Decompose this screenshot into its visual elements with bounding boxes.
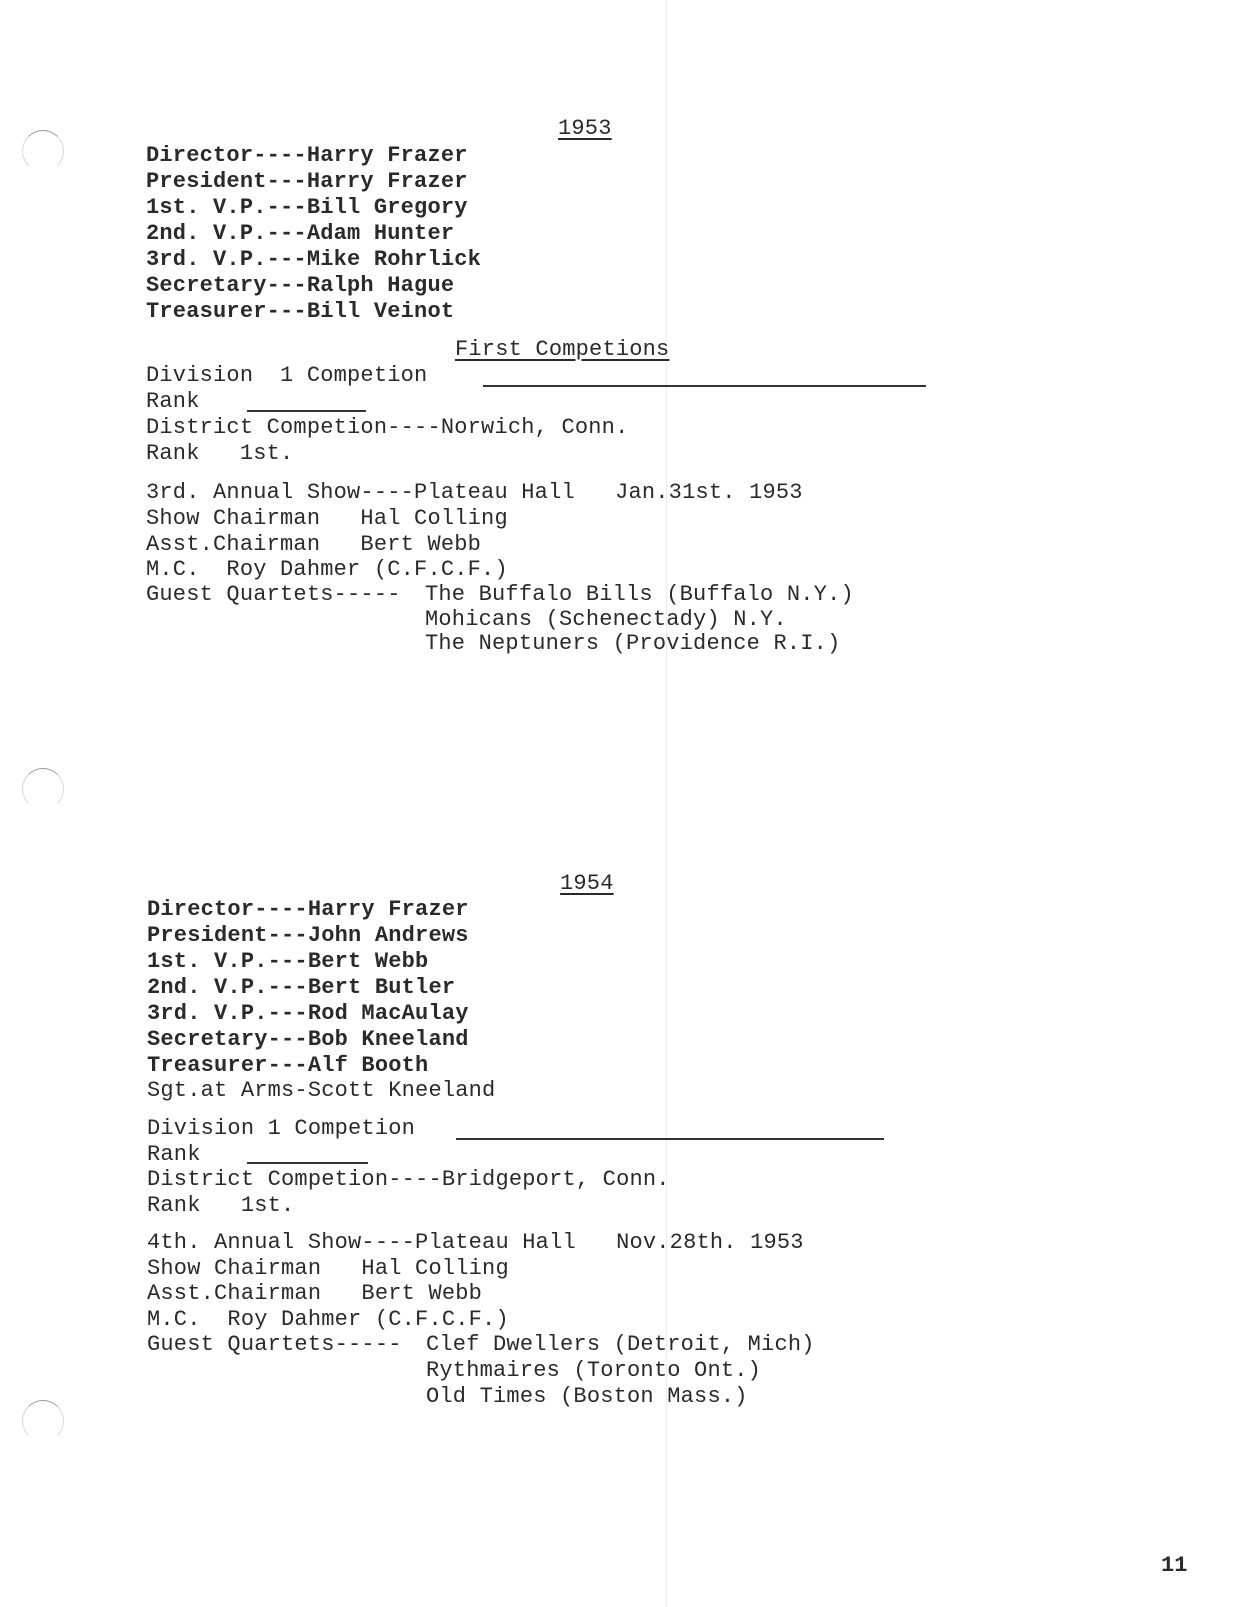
officer-line: Treasurer---Alf Booth [147, 1053, 428, 1079]
guest-quartet: The Buffalo Bills (Buffalo N.Y.) [425, 582, 854, 608]
page-number: 11 [1161, 1553, 1187, 1578]
officer-line: Secretary---Ralph Hague [146, 273, 454, 299]
district-competition: District Competion----Bridgeport, Conn. [147, 1167, 670, 1193]
division-blank-line [483, 385, 926, 387]
guest-quartets-label: Guest Quartets----- [147, 1332, 402, 1358]
asst-chairman: Asst.Chairman Bert Webb [146, 532, 481, 558]
show-chairman: Show Chairman Hal Colling [146, 506, 508, 532]
show-chairman: Show Chairman Hal Colling [147, 1256, 509, 1282]
year-heading: 1954 [560, 871, 614, 897]
hole-punch-icon [22, 130, 64, 172]
asst-chairman: Asst.Chairman Bert Webb [147, 1281, 482, 1307]
officer-line: 3rd. V.P.---Rod MacAulay [147, 1001, 469, 1027]
year-heading: 1953 [558, 116, 612, 142]
officer-line: 3rd. V.P.---Mike Rohrlick [146, 247, 481, 273]
officer-line: Director----Harry Frazer [146, 143, 468, 169]
annual-show: 4th. Annual Show----Plateau Hall Nov.28t… [147, 1230, 804, 1256]
hole-punch-icon [22, 768, 64, 810]
district-rank: Rank 1st. [147, 1193, 294, 1219]
mc: M.C. Roy Dahmer (C.F.C.F.) [147, 1307, 509, 1333]
officer-line: Secretary---Bob Kneeland [147, 1027, 469, 1053]
officer-line: Director----Harry Frazer [147, 897, 469, 923]
hole-punch-icon [22, 1400, 64, 1442]
rank-blank-line [247, 410, 366, 412]
officer-line: 1st. V.P.---Bill Gregory [146, 195, 468, 221]
officer-line: President---John Andrews [147, 923, 469, 949]
officer-line: 1st. V.P.---Bert Webb [147, 949, 428, 975]
officer-line: 2nd. V.P.---Adam Hunter [146, 221, 454, 247]
district-rank: Rank 1st. [146, 441, 293, 467]
mc: M.C. Roy Dahmer (C.F.C.F.) [146, 557, 508, 583]
guest-quartet: Rythmaires (Toronto Ont.) [426, 1358, 761, 1384]
guest-quartet: Clef Dwellers (Detroit, Mich) [426, 1332, 815, 1358]
rank-label: Rank [147, 1142, 201, 1168]
division-competition: Division 1 Competion [147, 1116, 415, 1142]
officer-line: Sgt.at Arms-Scott Kneeland [147, 1078, 495, 1104]
rank-blank-line [247, 1162, 368, 1164]
officer-line: Treasurer---Bill Veinot [146, 299, 454, 325]
rank-label: Rank [146, 389, 200, 415]
officer-line: 2nd. V.P.---Bert Butler [147, 975, 455, 1001]
division-blank-line [456, 1138, 884, 1140]
division-competition: Division 1 Competion [146, 363, 427, 389]
guest-quartets-label: Guest Quartets----- [146, 582, 401, 608]
annual-show: 3rd. Annual Show----Plateau Hall Jan.31s… [146, 480, 803, 506]
district-competition: District Competion----Norwich, Conn. [146, 415, 628, 441]
subheading: First Competions [455, 337, 669, 363]
guest-quartet: Old Times (Boston Mass.) [426, 1384, 748, 1410]
guest-quartet: Mohicans (Schenectady) N.Y. [425, 607, 787, 633]
officer-line: President---Harry Frazer [146, 169, 468, 195]
guest-quartet: The Neptuners (Providence R.I.) [425, 631, 840, 657]
